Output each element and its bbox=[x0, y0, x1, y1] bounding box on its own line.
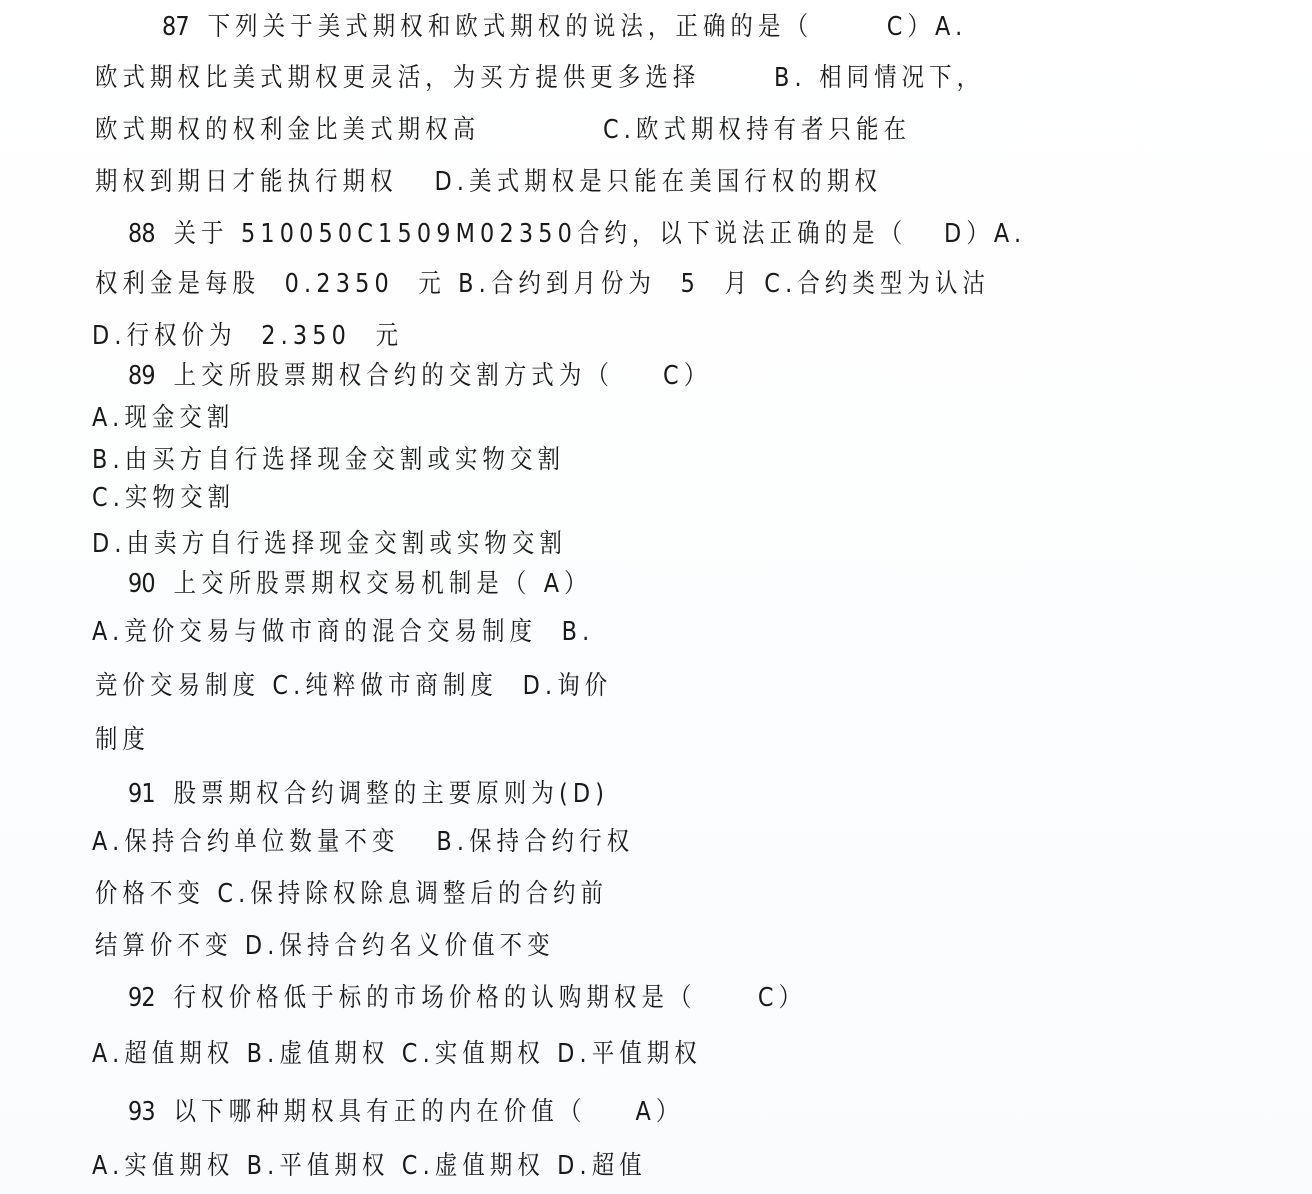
question-93-options: A.实值期权 B.平值期权 C.虚值期权 D.超值 bbox=[92, 1149, 647, 1183]
question-87-heading: 87下列关于美式期权和欧式期权的说法，正确的是（ C）A. bbox=[162, 10, 967, 44]
question-number: 93 bbox=[128, 1097, 155, 1127]
question-text: 下列关于美式期权和欧式期权的说法，正确的是（ C）A. bbox=[208, 12, 968, 42]
question-text: 行权价格低于标的市场价格的认购期权是（ C） bbox=[174, 983, 807, 1013]
question-87-line-2: 欧式期权比美式期权更灵活，为买方提供更多选择 B. 相同情况下， bbox=[95, 61, 984, 95]
question-89-option-a: A.现金交割 bbox=[92, 401, 234, 435]
question-89-heading: 89上交所股票期权合约的交割方式为（ C） bbox=[128, 359, 711, 393]
question-number: 89 bbox=[128, 361, 155, 391]
question-90-line-4: 制度 bbox=[95, 723, 150, 757]
question-number: 87 bbox=[162, 12, 189, 42]
question-number: 88 bbox=[128, 219, 155, 249]
question-89-option-b: B.由买方自行选择现金交割或实物交割 bbox=[92, 443, 565, 477]
question-87-line-4: 期权到期日才能执行期权 D.美式期权是只能在美国行权的期权 bbox=[95, 165, 882, 199]
question-92-options: A.超值期权 B.虚值期权 C.实值期权 D.平值期权 bbox=[92, 1037, 702, 1071]
question-91-line-3: 价格不变 C.保持除权除息调整后的合约前 bbox=[95, 877, 608, 911]
question-text: 关于 510050C1509M02350合约，以下说法正确的是（ D）A. bbox=[174, 219, 1027, 249]
question-88-line-3: D.行权价为 2.350 元 bbox=[92, 319, 403, 353]
question-text: 上交所股票期权交易机制是（ A） bbox=[174, 569, 592, 599]
question-number: 90 bbox=[128, 569, 155, 599]
question-90-line-3: 竞价交易制度 C.纯粹做市商制度 D.询价 bbox=[95, 669, 612, 703]
question-text: 股票期权合约调整的主要原则为(D) bbox=[174, 779, 609, 809]
question-number: 92 bbox=[128, 983, 155, 1013]
question-90-line-2: A.竞价交易与做市商的混合交易制度 B. bbox=[92, 615, 594, 649]
document-page: 87下列关于美式期权和欧式期权的说法，正确的是（ C）A. 欧式期权比美式期权更… bbox=[0, 0, 1312, 1194]
question-89-option-c: C.实物交割 bbox=[92, 481, 235, 515]
question-text: 上交所股票期权合约的交割方式为（ C） bbox=[174, 361, 712, 391]
question-88-line-2: 权利金是每股 0.2350 元 B.合约到月份为 5 月 C.合约类型为认沽 bbox=[95, 267, 990, 301]
question-90-heading: 90上交所股票期权交易机制是（ A） bbox=[128, 567, 592, 601]
question-93-heading: 93以下哪种期权具有正的内在价值（ A） bbox=[128, 1095, 684, 1129]
question-number: 91 bbox=[128, 779, 155, 809]
question-92-heading: 92行权价格低于标的市场价格的认购期权是（ C） bbox=[128, 981, 806, 1015]
question-91-heading: 91股票期权合约调整的主要原则为(D) bbox=[128, 777, 609, 811]
question-91-line-2: A.保持合约单位数量不变 B.保持合约行权 bbox=[92, 825, 634, 859]
question-87-line-3: 欧式期权的权利金比美式期权高 C.欧式期权持有者只能在 bbox=[95, 113, 911, 147]
question-91-line-4: 结算价不变 D.保持合约名义价值不变 bbox=[95, 929, 555, 963]
question-88-heading: 88关于 510050C1509M02350合约，以下说法正确的是（ D）A. bbox=[128, 217, 1026, 251]
question-89-option-d: D.由卖方自行选择现金交割或实物交割 bbox=[92, 527, 567, 561]
question-text: 以下哪种期权具有正的内在价值（ A） bbox=[174, 1097, 684, 1127]
